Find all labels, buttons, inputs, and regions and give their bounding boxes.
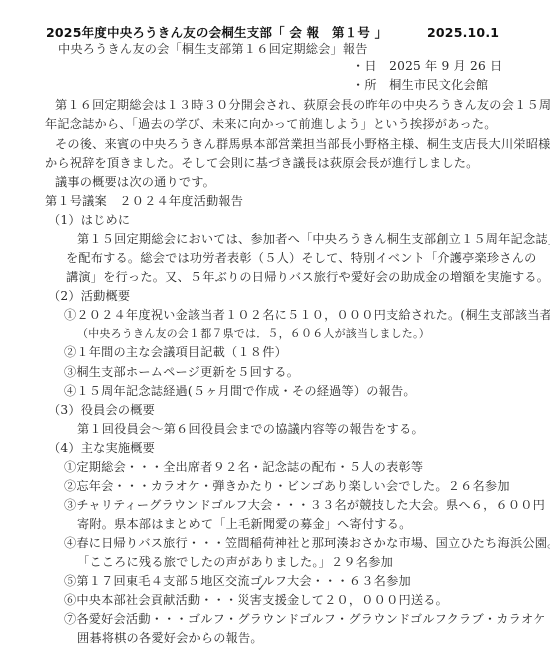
intro-paragraph-2-line-2: から祝辞を頂きました。そして会則に基づき議長は荻原会長が進行しました。 <box>45 155 479 171</box>
intro-paragraph-2-line-1: その後、来賓の中央ろうきん群馬県本部営業担当部長小野格主様、桐生支店長大川栄昭様 <box>55 136 550 152</box>
event-item-2: ②忘年会・・・カラオケ・弾きかたり・ビンゴあり楽しい会でした。２６名参加 <box>64 478 510 494</box>
agenda-1-heading: 第１号議案 ２０２４年度活動報告 <box>45 193 243 209</box>
event-item-7: ⑦各愛好会活動・・・ゴルフ・グラウンドゴルフ・グラウンドゴルフクラブ・カラオケ・ <box>64 611 550 627</box>
section-2-heading: （2）活動概要 <box>48 288 130 304</box>
report-subtitle: 中央ろうきん友の会「桐生支部第１６回定期総会」報告 <box>58 41 368 57</box>
event-item-3: ③チャリティーグラウンドゴルフ大会・・・３３名が競技した大会。県へ６，６００円 <box>64 497 545 513</box>
section-4-heading: （4）主な実施概要 <box>48 440 155 456</box>
meeting-place: ・所 桐生市民文化会館 <box>352 77 488 93</box>
intro-paragraph-1-line-2: 年記念誌から、「過去の学び、未来に向かって前進しよう」という挨拶があった。 <box>45 116 497 132</box>
section-1-line-2: を配布する。総会では功労者表彰（５人）そして、特別イベント「介護亭楽珍さんの <box>66 250 536 266</box>
event-item-1: ①定期総会・・・全出席者９２名・記念誌の配布・５人の表彰等 <box>64 459 423 475</box>
newsletter-title: 2025年度中央ろうきん友の会桐生支部「 会 報 第１号 」 <box>46 25 387 41</box>
section-1-heading: （1）はじめに <box>48 212 130 228</box>
event-item-3-cont: 寄附。県本部はまとめて「上毛新聞愛の募金」へ寄付する。 <box>77 516 411 532</box>
activity-item-3: ③桐生支部ホームページ更新を５回する。 <box>64 364 299 380</box>
intro-paragraph-3: 議事の概要は次の通りです。 <box>55 174 215 190</box>
section-3-heading: （3）役員会の概要 <box>48 402 155 418</box>
activity-item-1: ①２０２４年度祝い金該当者１０２名に５１０，０００円支給された。(桐生支部該当者… <box>64 307 550 323</box>
pen-check-mark-icon: ✓ <box>257 583 265 594</box>
event-item-4-cont: 「こころに残る旅でしたの声がありました。」２９名参加 <box>77 554 393 570</box>
section-3-line-1: 第１回役員会～第６回役員会までの協議内容等の報告をする。 <box>77 421 424 437</box>
event-item-5: ⑤第１７回東毛４支部５地区交流ゴルフ大会・・・６３名参加 <box>64 573 411 589</box>
activity-item-1-note: （中央ろうきん友の会１都７県では．５，６０６人が該当しました。） <box>77 326 430 342</box>
event-item-7-cont: 囲碁将棋の各愛好会からの報告。 <box>77 630 263 646</box>
issue-date: 2025.10.1 <box>427 25 499 41</box>
activity-item-2: ②１年間の主な会議項目記載（１８件） <box>64 344 287 360</box>
meeting-date: ・日 2025 年 9 月 26 日 <box>352 58 502 74</box>
intro-paragraph-1-line-1: 第１６回定期総会は１３時３０分開会され、荻原会長の昨年の中央ろうきん友の会１５周 <box>55 97 550 113</box>
event-item-4: ④春に日帰りバス旅行・・・笠間稲荷神社と那珂湊おさかな市場、国立ひたち海浜公園。 <box>64 535 550 551</box>
scanned-document-page: 2025年度中央ろうきん友の会桐生支部「 会 報 第１号 」 2025.10.1… <box>0 0 550 652</box>
section-1-line-3: 講演」を行った。又、５年ぶりの日帰りバス旅行や愛好会の助成金の増額を実施する。 <box>66 269 549 285</box>
activity-item-4: ④１５周年記念誌経過(５ヶ月間で作成・その経過等）の報告。 <box>64 383 416 399</box>
event-item-6: ⑥中央本部社会貢献活動・・・災害支援金して２０，０００円送る。 <box>64 592 448 608</box>
section-1-line-1: 第１５回定期総会においては、参加者へ「中央ろうきん桐生支部創立１５周年記念誌」 <box>77 231 550 247</box>
